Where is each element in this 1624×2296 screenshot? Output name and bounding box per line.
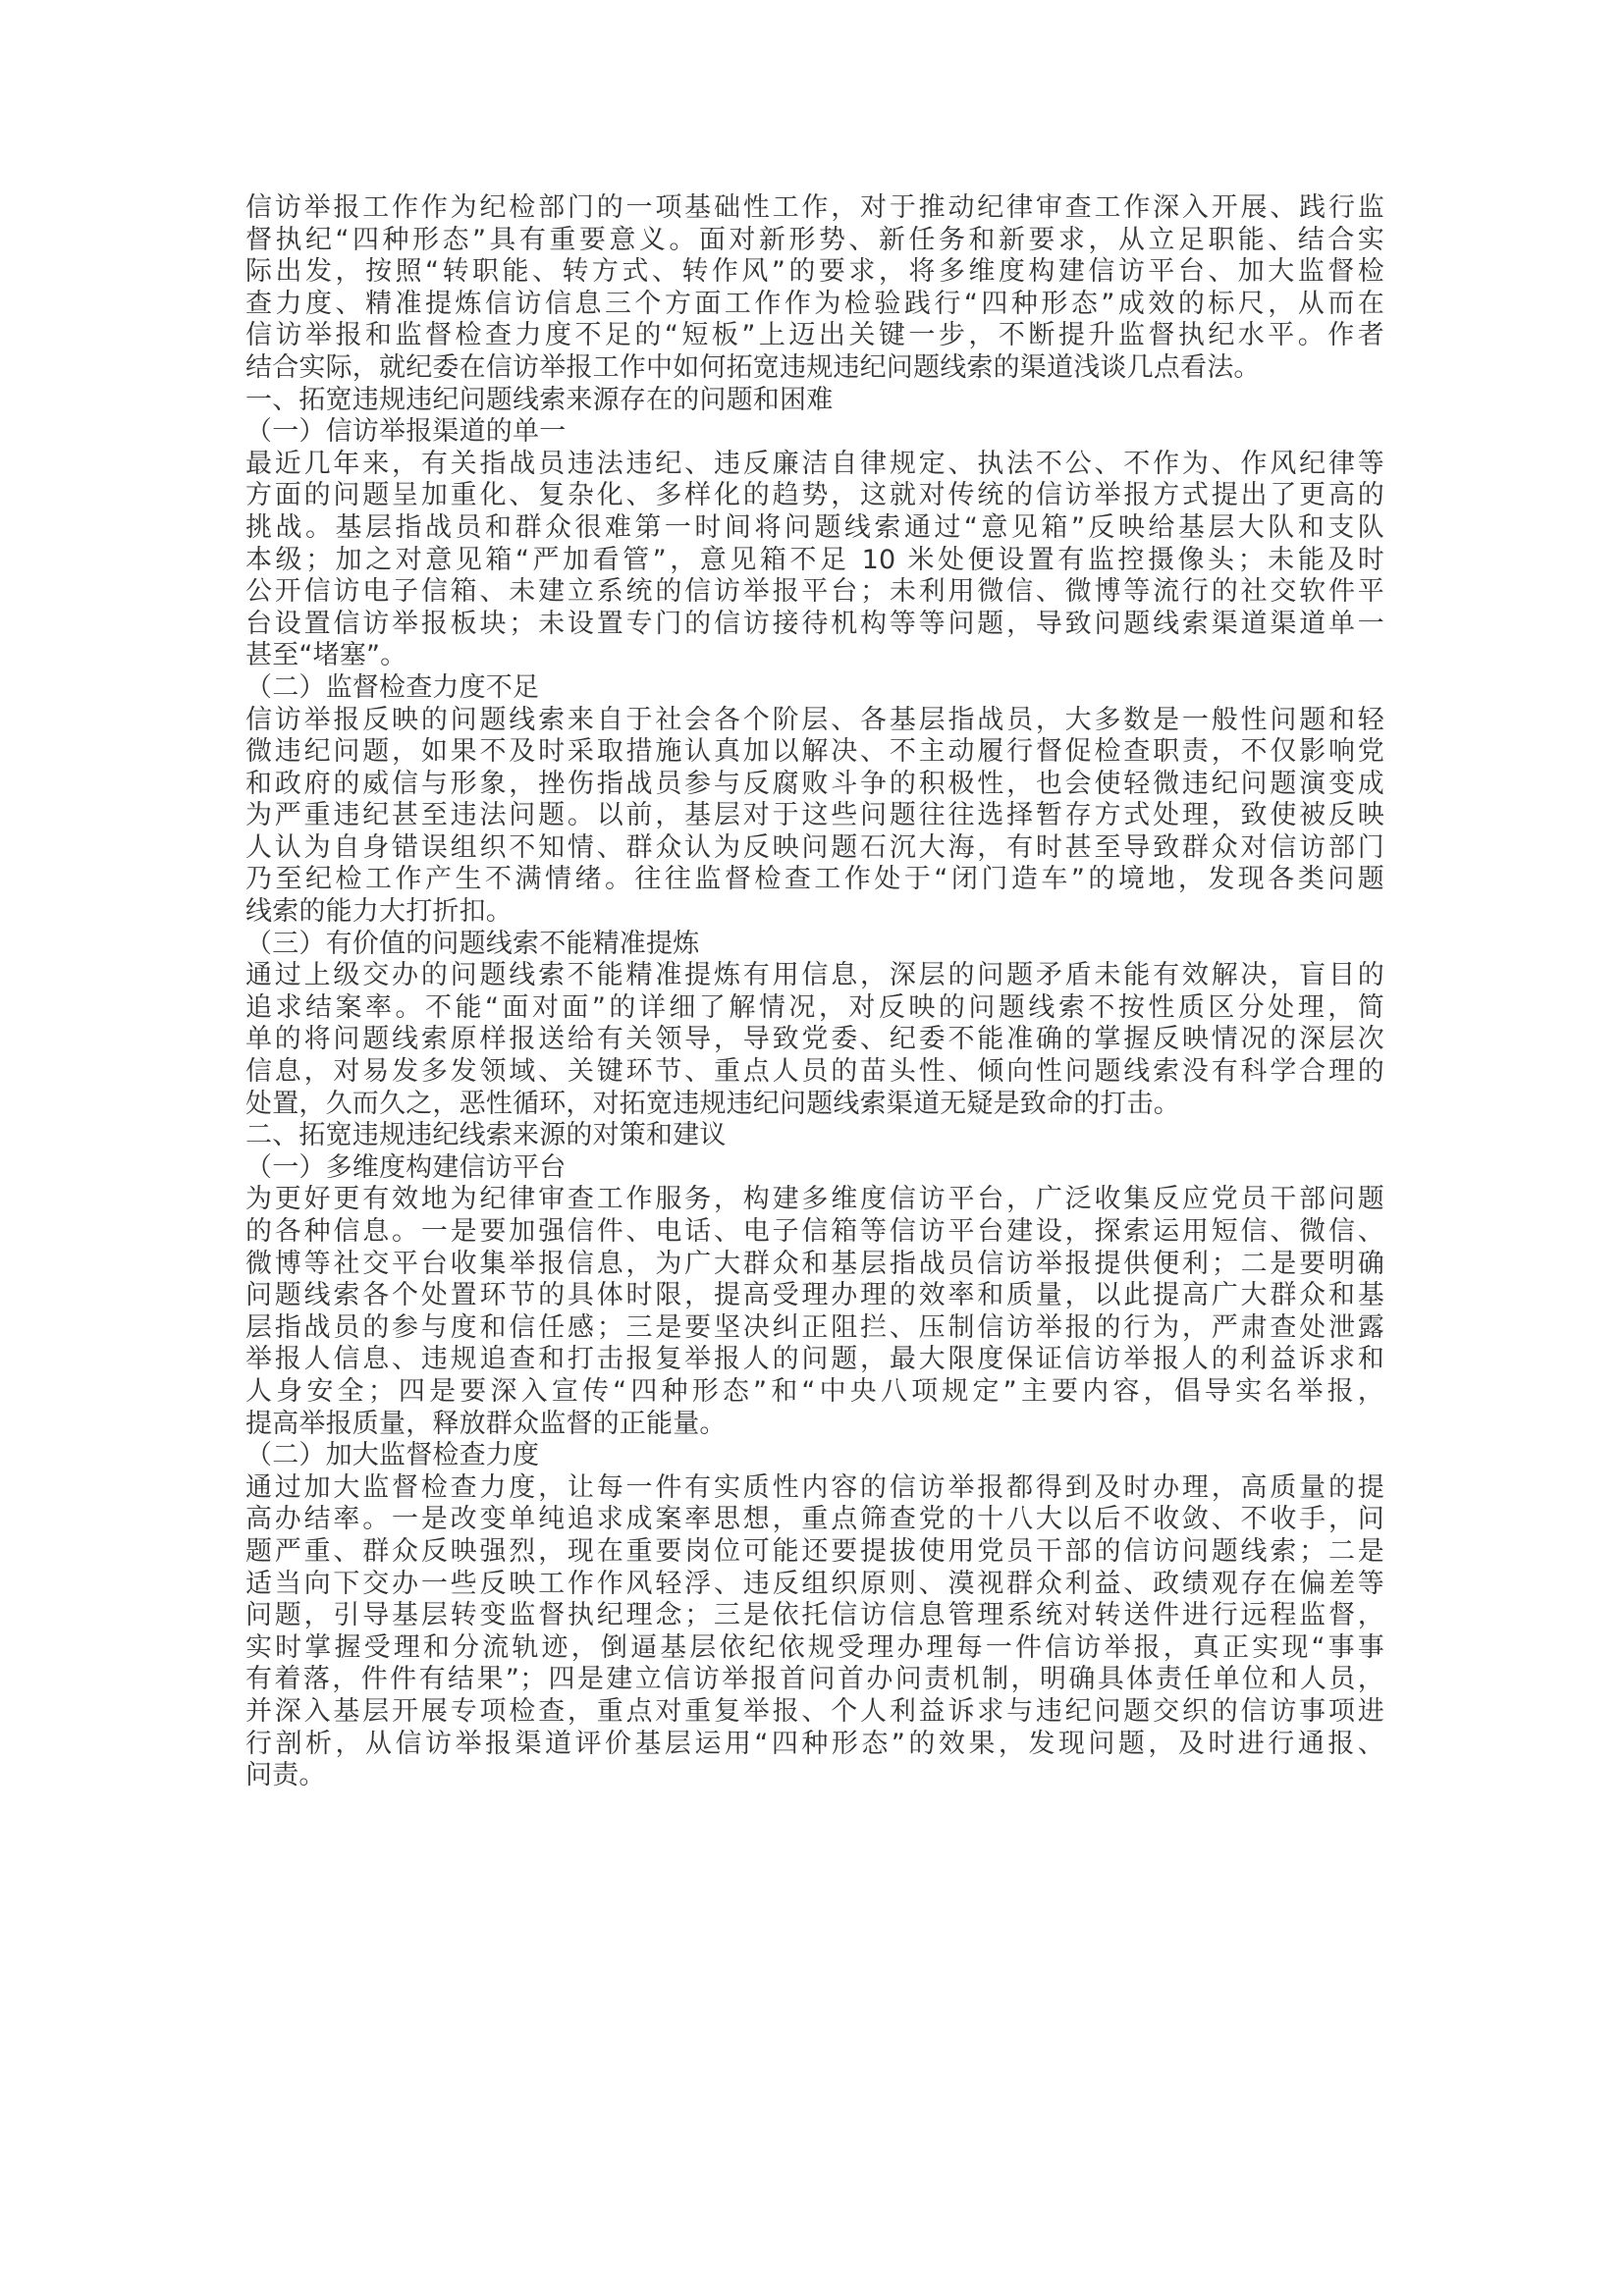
text-line: 信访举报工作作为纪检部门的一项基础性工作，对于推动纪律审查工作深入开展、践行监 xyxy=(245,192,1384,225)
text-line: 甚至“堵塞”。 xyxy=(245,640,1384,672)
text-line: 问题线索各个处置环节的具体时限，提高受理办理的效率和质量，以此提高广大群众和基 xyxy=(245,1280,1384,1312)
text-line: 问题，引导基层转变监督执纪理念；三是依托信访信息管理系统对转送件进行远程监督， xyxy=(245,1600,1384,1632)
text-line: 督执纪“四种形态”具有重要意义。面对新形势、新任务和新要求，从立足职能、结合实 xyxy=(245,225,1384,257)
text-line: 提高举报质量，释放群众监督的正能量。 xyxy=(245,1409,1384,1441)
text-line: 微博等社交平台收集举报信息，为广大群众和基层指战员信访举报提供便利；二是要明确 xyxy=(245,1249,1384,1281)
paragraph: 通过上级交办的问题线索不能精准提炼有用信息，深层的问题矛盾未能有效解决，盲目的 … xyxy=(245,960,1384,1120)
text-line: 最近几年来，有关指战员违法违纪、违反廉洁自律规定、执法不公、不作为、作风纪律等 xyxy=(245,449,1384,481)
text-line: 信息，对易发多发领域、关键环节、重点人员的苗头性、倾向性问题线索没有科学合理的 xyxy=(245,1056,1384,1089)
subsection-heading: （一）多维度构建信访平台 xyxy=(245,1152,1384,1185)
subsection-heading: （一）信访举报渠道的单一 xyxy=(245,416,1384,449)
section-heading: 一、拓宽违规违纪问题线索来源存在的问题和困难 xyxy=(245,385,1384,417)
text-line: 高办结率。一是改变单纯追求成案率思想，重点筛查党的十八大以后不收敛、不收手，问 xyxy=(245,1504,1384,1536)
text-line: 公开信访电子信箱、未建立系统的信访举报平台；未利用微信、微博等流行的社交软件平 xyxy=(245,576,1384,609)
text-line: 并深入基层开展专项检查，重点对重复举报、个人利益诉求与违纪问题交织的信访事项进 xyxy=(245,1696,1384,1729)
paragraph: 最近几年来，有关指战员违法违纪、违反廉洁自律规定、执法不公、不作为、作风纪律等 … xyxy=(245,449,1384,672)
text-line: 乃至纪检工作产生不满情绪。往往监督检查工作处于“闭门造车”的境地，发现各类问题 xyxy=(245,864,1384,896)
paragraph: 信访举报反映的问题线索来自于社会各个阶层、各基层指战员，大多数是一般性问题和轻 … xyxy=(245,705,1384,929)
text-line: 行剖析，从信访举报渠道评价基层运用“四种形态”的效果，发现问题，及时进行通报、 xyxy=(245,1729,1384,1761)
subsection-heading: （二）监督检查力度不足 xyxy=(245,672,1384,705)
intro-paragraph: 信访举报工作作为纪检部门的一项基础性工作，对于推动纪律审查工作深入开展、践行监 … xyxy=(245,192,1384,385)
text-line: 挑战。基层指战员和群众很难第一时间将问题线索通过“意见箱”反映给基层大队和支队 xyxy=(245,512,1384,545)
text-line: 题严重、群众反映强烈，现在重要岗位可能还要提拔使用党员干部的信访问题线索；二是 xyxy=(245,1536,1384,1569)
text-line: 和政府的威信与形象，挫伤指战员参与反腐败斗争的积极性，也会使轻微违纪问题演变成 xyxy=(245,769,1384,801)
text-line: 为严重违纪甚至违法问题。以前，基层对于这些问题往往选择暂存方式处理，致使被反映 xyxy=(245,800,1384,832)
text-line: 结合实际，就纪委在信访举报工作中如何拓宽违规违纪问题线索的渠道浅谈几点看法。 xyxy=(245,352,1384,385)
text-line: 问责。 xyxy=(245,1760,1384,1792)
text-line: 信访举报和监督检查力度不足的“短板”上迈出关键一步，不断提升监督执纪水平。作者 xyxy=(245,320,1384,352)
document-page: 信访举报工作作为纪检部门的一项基础性工作，对于推动纪律审查工作深入开展、践行监 … xyxy=(245,192,1384,1792)
text-line: 际出发，按照“转职能、转方式、转作风”的要求，将多维度构建信访平台、加大监督检 xyxy=(245,256,1384,289)
text-line: 信访举报反映的问题线索来自于社会各个阶层、各基层指战员，大多数是一般性问题和轻 xyxy=(245,705,1384,737)
text-line: 的各种信息。一是要加强信件、电话、电子信箱等信访平台建设，探索运用短信、微信、 xyxy=(245,1216,1384,1249)
text-line: 举报人信息、违规追查和打击报复举报人的问题，最大限度保证信访举报人的利益诉求和 xyxy=(245,1344,1384,1376)
subsection-heading: （二）加大监督检查力度 xyxy=(245,1440,1384,1472)
text-line: 台设置信访举报板块；未设置专门的信访接待机构等等问题，导致问题线索渠道渠道单一 xyxy=(245,609,1384,641)
text-line: 追求结案率。不能“面对面”的详细了解情况，对反映的问题线索不按性质区分处理，简 xyxy=(245,992,1384,1025)
text-line: 人认为自身错误组织不知情、群众认为反映问题石沉大海，有时甚至导致群众对信访部门 xyxy=(245,832,1384,865)
text-line: 层指战员的参与度和信任感；三是要坚决纠正阻拦、压制信访举报的行为，严肃查处泄露 xyxy=(245,1312,1384,1345)
text-line: 查力度、精准提炼信访信息三个方面工作作为检验践行“四种形态”成效的标尺，从而在 xyxy=(245,289,1384,321)
text-line: 本级；加之对意见箱“严加看管”，意见箱不足 10 米处便设置有监控摄像头；未能及… xyxy=(245,545,1384,577)
paragraph: 为更好更有效地为纪律审查工作服务，构建多维度信访平台，广泛收集反应党员干部问题 … xyxy=(245,1184,1384,1440)
paragraph: 通过加大监督检查力度，让每一件有实质性内容的信访举报都得到及时办理，高质量的提 … xyxy=(245,1472,1384,1792)
text-line: 适当向下交办一些反映工作作风轻浮、违反组织原则、漠视群众利益、政绩观存在偏差等 xyxy=(245,1569,1384,1601)
text-line: 处置，久而久之，恶性循环，对拓宽违规违纪问题线索渠道无疑是致命的打击。 xyxy=(245,1089,1384,1121)
text-line: 通过上级交办的问题线索不能精准提炼有用信息，深层的问题矛盾未能有效解决，盲目的 xyxy=(245,960,1384,992)
text-line: 单的将问题线索原样报送给有关领导，导致党委、纪委不能准确的掌握反映情况的深层次 xyxy=(245,1024,1384,1056)
text-line: 通过加大监督检查力度，让每一件有实质性内容的信访举报都得到及时办理，高质量的提 xyxy=(245,1472,1384,1505)
subsection-heading: （三）有价值的问题线索不能精准提炼 xyxy=(245,929,1384,961)
text-line: 线索的能力大打折扣。 xyxy=(245,896,1384,929)
text-line: 为更好更有效地为纪律审查工作服务，构建多维度信访平台，广泛收集反应党员干部问题 xyxy=(245,1184,1384,1216)
text-line: 微违纪问题，如果不及时采取措施认真加以解决、不主动履行督促检查职责，不仅影响党 xyxy=(245,736,1384,769)
text-line: 方面的问题呈加重化、复杂化、多样化的趋势，这就对传统的信访举报方式提出了更高的 xyxy=(245,480,1384,512)
text-line: 有着落，件件有结果”；四是建立信访举报首问首办问责机制，明确具体责任单位和人员， xyxy=(245,1664,1384,1696)
text-line: 实时掌握受理和分流轨迹，倒逼基层依纪依规受理办理每一件信访举报，真正实现“事事 xyxy=(245,1632,1384,1665)
section-heading: 二、拓宽违规违纪线索来源的对策和建议 xyxy=(245,1120,1384,1152)
text-line: 人身安全；四是要深入宣传“四种形态”和“中央八项规定”主要内容，倡导实名举报， xyxy=(245,1376,1384,1409)
